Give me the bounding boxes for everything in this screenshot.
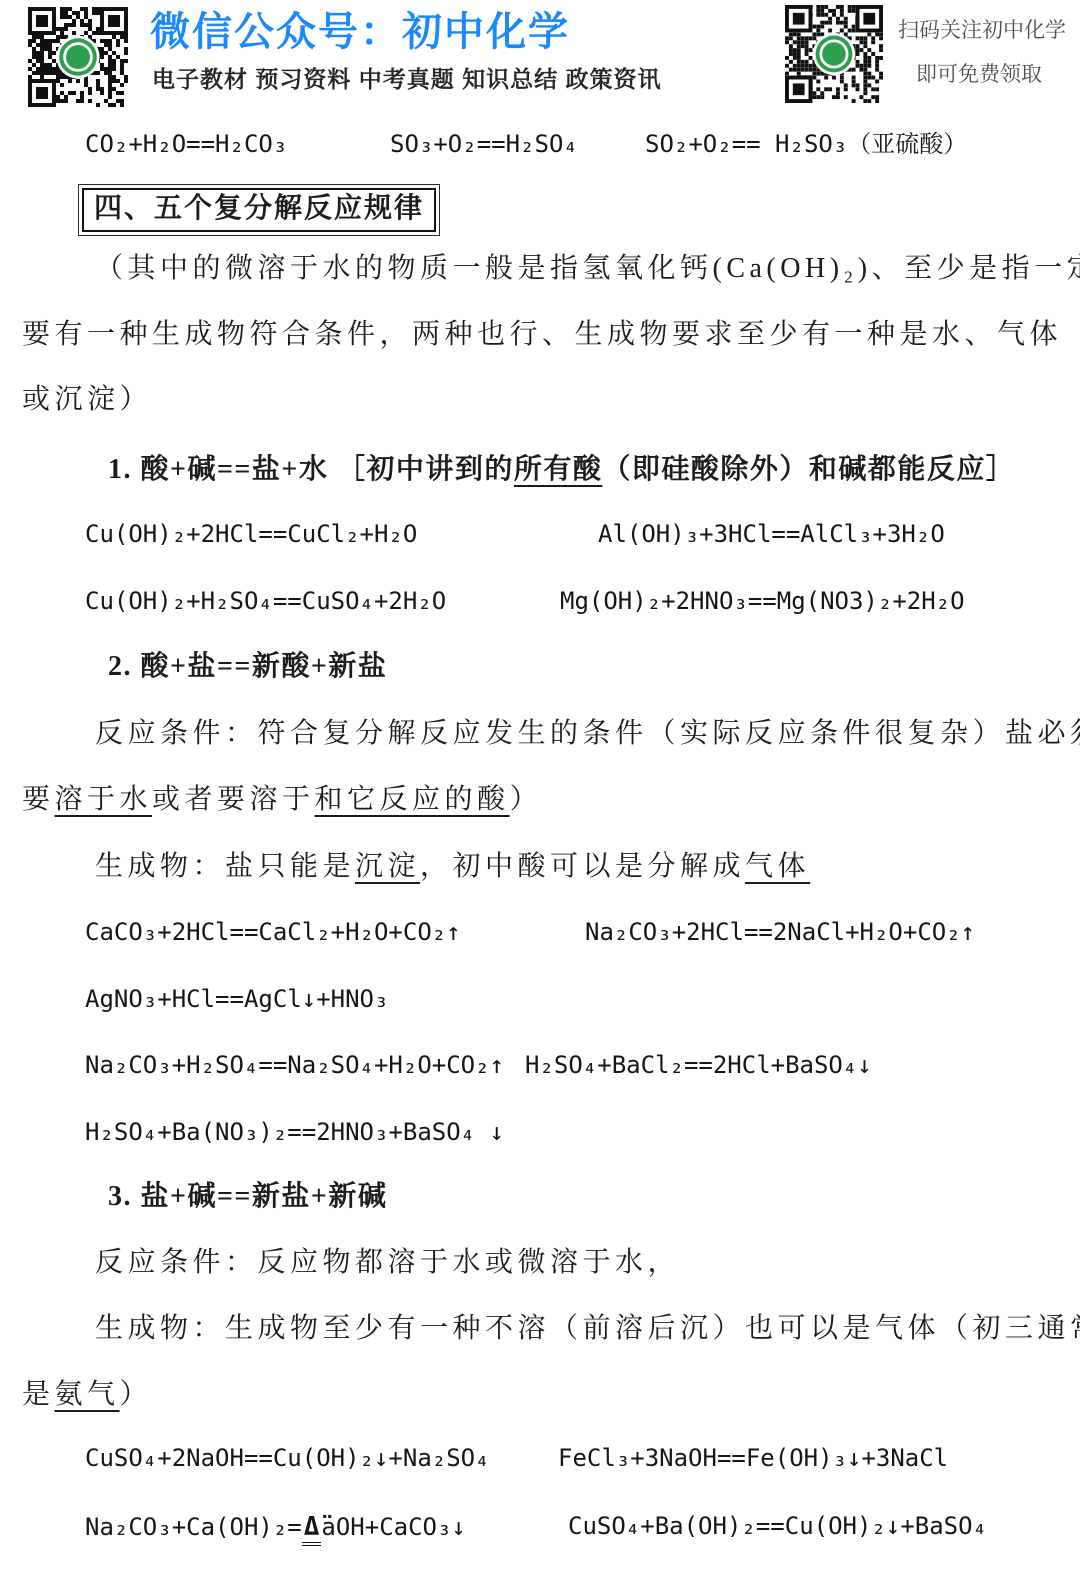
- rule2-cond2-t1: 要: [22, 784, 55, 815]
- qr-code-left-icon: [28, 7, 128, 107]
- rule1-heading-pre: 1. 酸+碱==盐+水 ［初中讲到的: [108, 454, 514, 485]
- rule2-condition-line-2: 要溶于水或者要溶于和它反应的酸）: [22, 783, 542, 817]
- rule2-prod-underlined-gas: 气体: [745, 851, 810, 882]
- rule3-product-line-2: 是氨气）: [22, 1378, 152, 1412]
- equation-cuso4-naoh: CuSO₄+2NaOH==Cu(OH)₂↓+Na₂SO₄: [85, 1444, 490, 1473]
- equation-na2co3-hcl: Na₂CO₃+2HCl==2NaCl+H₂O+CO₂↑: [585, 918, 975, 947]
- rule2-condition-line-1: 反应条件：符合复分解反应发生的条件（实际反应条件很复杂）盐必须: [95, 717, 1080, 751]
- rule1-heading-post: （即硅酸除外）和碱都能反应］: [602, 454, 1015, 485]
- rule3-heading: 3. 盐+碱==新盐+新碱: [108, 1180, 387, 1214]
- equation-agno3-hcl: AgNO₃+HCl==AgCl↓+HNO₃: [85, 985, 388, 1014]
- section-title: 四、五个复分解反应规律: [82, 188, 436, 232]
- equation-mgoh2-hno3: Mg(OH)₂+2HNO₃==Mg(NO3)₂+2H₂O: [560, 587, 965, 616]
- equation-na2co3-h2so4: Na₂CO₃+H₂SO₄==Na₂SO₄+H₂O+CO₂↑: [85, 1051, 504, 1080]
- equation-cuoh2-h2so4: Cu(OH)₂+H₂SO₄==CuSO₄+2H₂O: [85, 587, 446, 616]
- section-title-box-outer-border: 四、五个复分解反应规律: [78, 184, 440, 236]
- equation-sulfuric-acid: SO₃+O₂==H₂SO₄: [390, 130, 578, 159]
- rule2-cond2-t2: 或者要溶于: [152, 784, 315, 815]
- rule2-prod-t2: ，初中酸可以是分解成: [420, 851, 745, 882]
- intro-line-2: 要有一种生成物符合条件，两种也行、生成物要求至少有一种是水、气体: [22, 318, 1062, 352]
- qr-code-right-icon: [785, 5, 883, 103]
- rule2-cond2-t3: ）: [510, 784, 543, 815]
- equation-cuoh2-hcl: Cu(OH)₂+2HCl==CuCl₂+H₂O: [85, 520, 417, 549]
- equation-na2co3-caoh2-post: aOH+CaCO₃↓: [321, 1513, 466, 1541]
- equation-aloh3-hcl: Al(OH)₃+3HCl==AlCl₃+3H₂O: [598, 520, 945, 549]
- rule1-heading-underlined-term: 所有酸: [514, 454, 603, 485]
- rule2-prod-underlined-precipitate: 沉淀: [355, 851, 420, 882]
- equation-na2co3-caoh2: Na₂CO₃+Ca(OH)₂=Δ̈aOH+CaCO₃↓: [85, 1512, 466, 1543]
- section-title-box: 四、五个复分解反应规律: [78, 184, 440, 236]
- delta-artifact-mark: Δ̈: [302, 1512, 322, 1546]
- intro-line-1: （其中的微溶于水的物质一般是指氢氧化钙(Ca(OH)₂)、至少是指一定: [95, 252, 1080, 286]
- rule3-prod2-underlined-ammonia: 氨气: [55, 1379, 120, 1410]
- wechat-account-title: 微信公众号：初中化学: [150, 8, 570, 56]
- equation-cuso4-baoh2: CuSO₄+Ba(OH)₂==Cu(OH)₂↓+BaSO₄: [568, 1512, 987, 1541]
- rule1-heading: 1. 酸+碱==盐+水 ［初中讲到的所有酸（即硅酸除外）和碱都能反应］: [108, 453, 1015, 487]
- equation-na2co3-caoh2-pre: Na₂CO₃+Ca(OH)₂=: [85, 1513, 302, 1541]
- rule3-condition-line: 反应条件：反应物都溶于水或微溶于水，: [95, 1246, 680, 1280]
- rule2-product-line: 生成物：盐只能是沉淀，初中酸可以是分解成气体: [95, 850, 810, 884]
- rule2-heading: 2. 酸+盐==新酸+新盐: [108, 650, 387, 684]
- intro-line-3: 或沉淀）: [22, 383, 152, 417]
- equation-carbonic-acid: CO₂+H₂O==H₂CO₃: [85, 130, 287, 159]
- equation-sulfurous-acid: SO₂+O₂== H₂SO₃（亚硫酸）: [645, 130, 967, 159]
- rule3-product-line-1: 生成物：生成物至少有一种不溶（前溶后沉）也可以是气体（初三通常: [95, 1312, 1080, 1346]
- header-subtitle: 电子教材 预习资料 中考真题 知识总结 政策资讯: [152, 66, 662, 94]
- rule2-cond2-underlined-soluble: 溶于水: [55, 784, 153, 815]
- rule3-prod2-t2: ）: [120, 1379, 153, 1410]
- rule3-prod2-t1: 是: [22, 1379, 55, 1410]
- equation-h2so4-bano32: H₂SO₄+Ba(NO₃)₂==2HNO₃+BaSO₄ ↓: [85, 1118, 504, 1147]
- qr-scan-caption-line2: 即可免费领取: [916, 62, 1042, 87]
- equation-h2so4-bacl2: H₂SO₄+BaCl₂==2HCl+BaSO₄↓: [525, 1051, 872, 1080]
- qr-scan-caption-line1: 扫码关注初中化学: [898, 18, 1066, 43]
- equation-caco3-hcl: CaCO₃+2HCl==CaCl₂+H₂O+CO₂↑: [85, 918, 461, 947]
- rule2-cond2-underlined-acid: 和它反应的酸: [315, 784, 510, 815]
- equation-fecl3-naoh: FeCl₃+3NaOH==Fe(OH)₃↓+3NaCl: [558, 1444, 948, 1473]
- rule2-prod-t1: 生成物：盐只能是: [95, 851, 355, 882]
